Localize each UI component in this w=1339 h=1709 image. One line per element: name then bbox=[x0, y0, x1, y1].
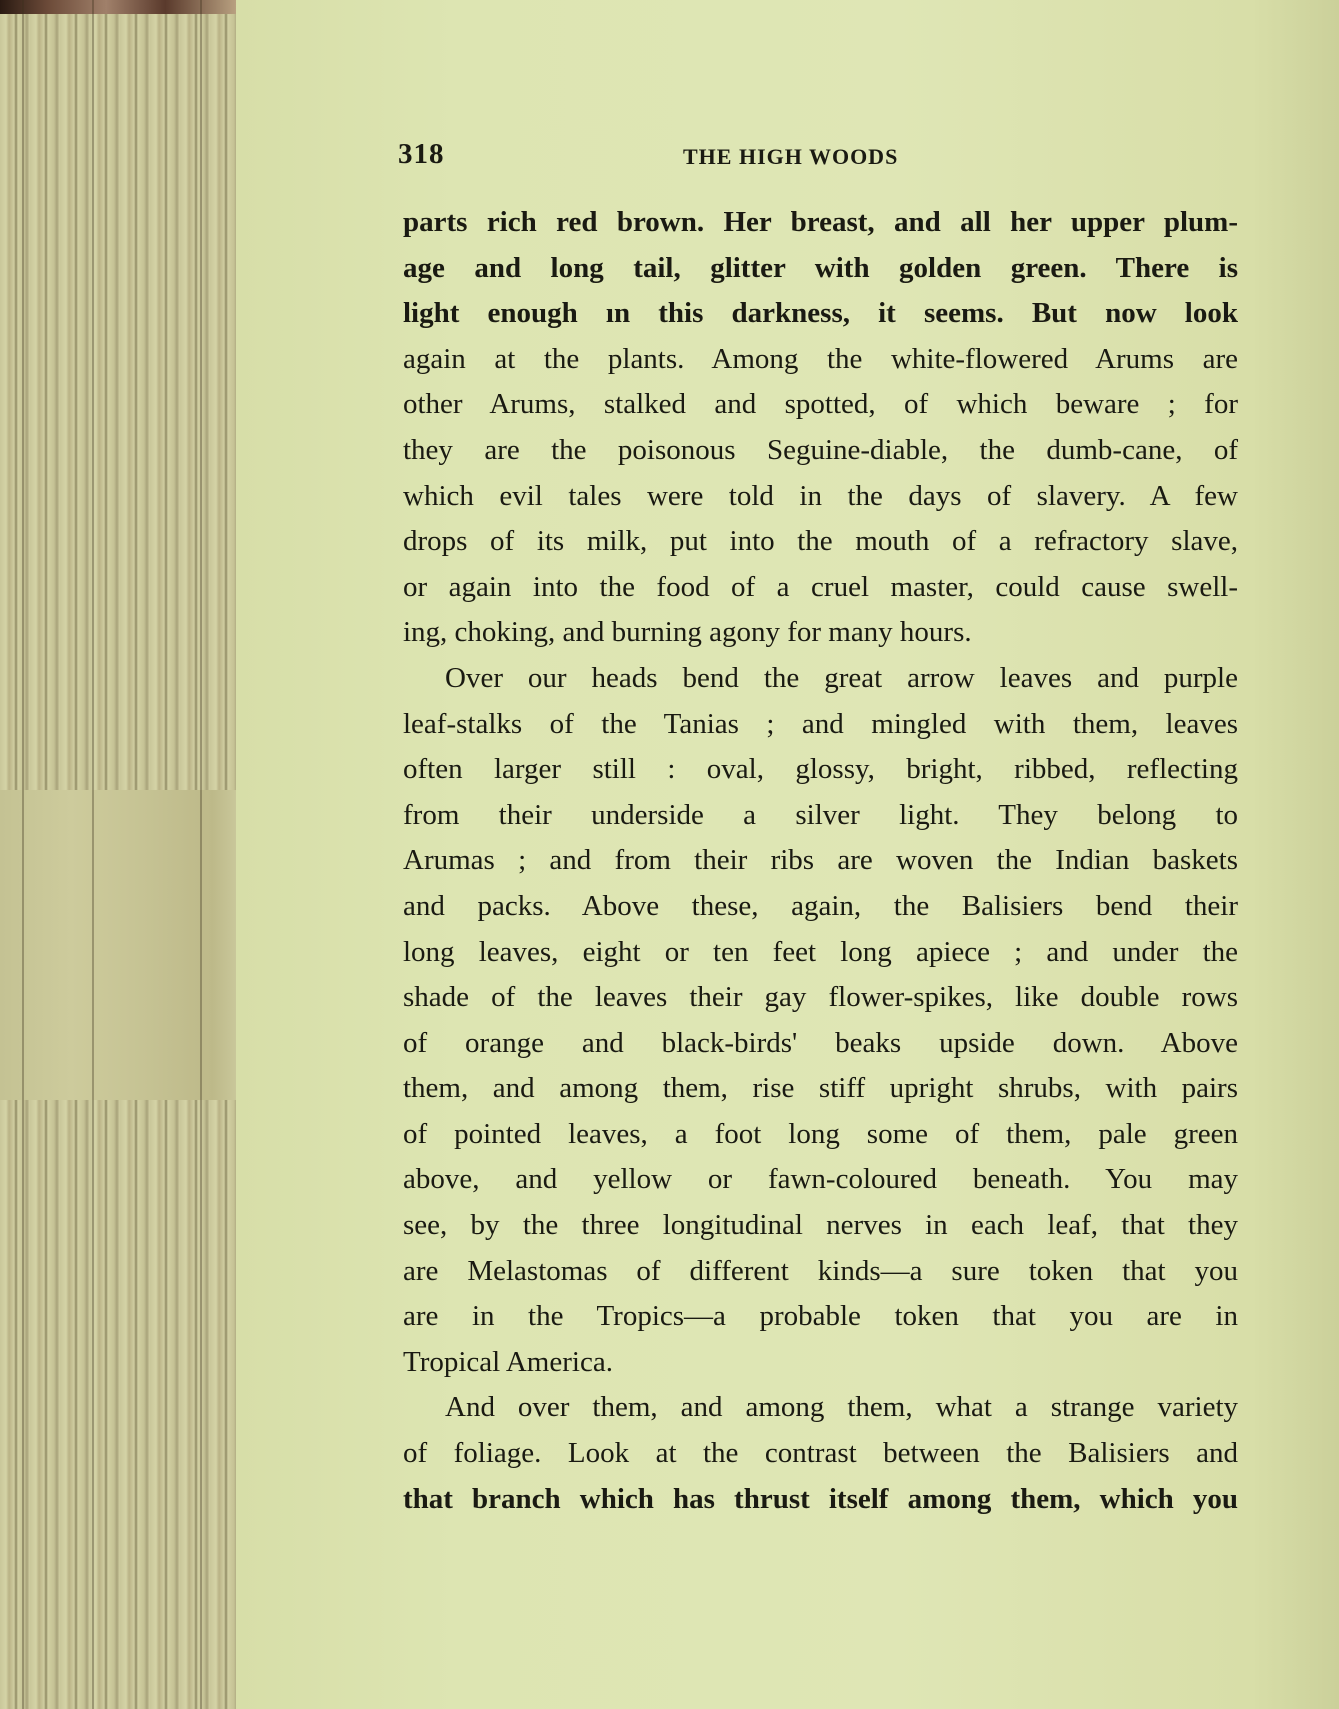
text-line: of pointed leaves, a foot long some of t… bbox=[403, 1112, 1238, 1158]
text-line: shade of the leaves their gay flower-spi… bbox=[403, 975, 1238, 1021]
text-line: or again into the food of a cruel master… bbox=[403, 565, 1238, 611]
text-line: and packs. Above these, again, the Balis… bbox=[403, 884, 1238, 930]
text-line: light enough ın this darkness, it seems.… bbox=[403, 291, 1238, 337]
text-line: drops of its milk, put into the mouth of… bbox=[403, 519, 1238, 565]
text-line: long leaves, eight or ten feet long apie… bbox=[403, 930, 1238, 976]
text-line: parts rich red brown. Her breast, and al… bbox=[403, 200, 1238, 246]
running-head: 318 THE HIGH WOODS bbox=[398, 138, 964, 174]
text-line: ing, choking, and burning agony for many… bbox=[403, 610, 1238, 656]
text-line: see, by the three longitudinal nerves in… bbox=[403, 1203, 1238, 1249]
text-line: often larger still : oval, glossy, brigh… bbox=[403, 747, 1238, 793]
text-line: leaf-stalks of the Tanias ; and mingled … bbox=[403, 702, 1238, 748]
page-edge-line bbox=[22, 0, 24, 1709]
paragraph-first-line: And over them, and among them, what a st… bbox=[403, 1385, 1238, 1431]
paragraph-first-line: Over our heads bend the great arrow leav… bbox=[403, 656, 1238, 702]
text-line: which evil tales were told in the days o… bbox=[403, 474, 1238, 520]
stacked-page-edges bbox=[0, 0, 236, 1709]
page-edge-line bbox=[200, 0, 202, 1709]
text-line: of orange and black-birds' beaks upside … bbox=[403, 1021, 1238, 1067]
text-line: age and long tail, glitter with golden g… bbox=[403, 246, 1238, 292]
page-edge-line bbox=[92, 0, 94, 1709]
page-number: 318 bbox=[398, 138, 445, 171]
text-line: Arumas ; and from their ribs are woven t… bbox=[403, 838, 1238, 884]
running-head-title: THE HIGH WOODS bbox=[683, 144, 898, 170]
text-line: from their underside a silver light. The… bbox=[403, 793, 1238, 839]
body-text: parts rich red brown. Her breast, and al… bbox=[403, 200, 1238, 1522]
text-line: other Arums, stalked and spotted, of whi… bbox=[403, 382, 1238, 428]
text-line: are Melastomas of different kinds—a sure… bbox=[403, 1249, 1238, 1295]
text-line: of foliage. Look at the contrast between… bbox=[403, 1431, 1238, 1477]
text-line: again at the plants. Among the white-flo… bbox=[403, 337, 1238, 383]
text-line: that branch which has thrust itself amon… bbox=[403, 1477, 1238, 1523]
text-line: Tropical America. bbox=[403, 1340, 1238, 1386]
text-line: are in the Tropics—a probable token that… bbox=[403, 1294, 1238, 1340]
text-line: them, and among them, rise stiff upright… bbox=[403, 1066, 1238, 1112]
text-line: above, and yellow or fawn-coloured benea… bbox=[403, 1157, 1238, 1203]
text-line: they are the poisonous Seguine-diable, t… bbox=[403, 428, 1238, 474]
